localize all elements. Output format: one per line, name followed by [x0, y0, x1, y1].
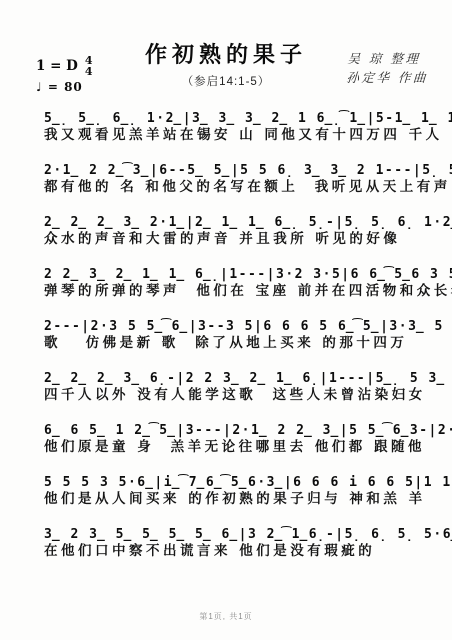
- lyrics-line: 四千人以外 没有人能学这歌 这些人未曾沾染妇女: [44, 387, 424, 404]
- tempo-marking: ♩ = 80: [36, 80, 92, 94]
- score-system: 5̲̣ 5̲̣ 6̲̣ 1·2̲|3̲ 3̲ 3̲ 2̲ 1 6̲̣͡1̲|5-…: [44, 110, 424, 144]
- key-signature-label: 1 = D: [36, 58, 78, 74]
- time-signature-denominator: 4: [85, 66, 93, 77]
- lyrics-line: 他们是从人间买来 的作初熟的果子归与 神和羔 羊: [44, 491, 424, 508]
- notation-line: 2 2̲ 3̲ 2̲ 1̲ 1̲ 6̲̣|1---|3·2 3·5|6 6̲͡5…: [44, 266, 424, 283]
- score-system: 2 2̲ 3̲ 2̲ 1̲ 1̲ 6̲̣|1---|3·2 3·5|6 6̲͡5…: [44, 266, 424, 300]
- lyrics-line: 众水的声音和大雷的声音 并且我所 听见的好像: [44, 231, 424, 248]
- notation-line: 5 5 5 3 5·6̲|i̲͡7̲6̲͡5̲6·3̲|6 6 6 i 6 6 …: [44, 474, 424, 491]
- key-signature: 1 = D 4 4: [36, 55, 92, 77]
- lyrics-line: 他们原是童 身 羔羊无论往哪里去 他们都 跟随他: [44, 439, 424, 456]
- notation-line: 2̲ 2̲ 2̲ 3̲ 6̣-|2 2 3̲ 2̲ 1̲ 6̣|1---|5̲̣…: [44, 370, 424, 387]
- lyrics-line: 我又观看见羔羊站在锡安 山 同他又有十四万四 千人: [44, 127, 424, 144]
- score-system: 6̲ 6 5̲ 1 2̲͡5̲|3---|2·1̲ 2 2̲ 3̲|5 5̲͡6…: [44, 422, 424, 456]
- notation-line: 2·1̲ 2 2̲͡3̲|6--5̲ 5̲|5 5 6̣ 3̲ 3̲ 2 1--…: [44, 162, 424, 179]
- lyrics-line: 弹琴的所弹的琴声 他们在 宝座 前并在四活物和众长老前唱: [44, 283, 424, 300]
- lyrics-line: 都有他的 名 和他父的名写在额上 我听见从天上有声 音像: [44, 179, 424, 196]
- lyrics-line: 在他们口中察不出谎言来 他们是没有瑕疵的: [44, 543, 424, 560]
- score-system: 2·1̲ 2 2̲͡3̲|6--5̲ 5̲|5 5 6̣ 3̲ 3̲ 2 1--…: [44, 162, 424, 196]
- lyrics-line: 歌 仿佛是新 歌 除了从地上买来 的那十四万: [44, 335, 424, 352]
- score-area: 5̲̣ 5̲̣ 6̲̣ 1·2̲|3̲ 3̲ 3̲ 2̲ 1 6̲̣͡1̲|5-…: [44, 110, 424, 560]
- score-system: 2̲ 2̲ 2̲ 3̲ 2·1̲|2̲ 1̲ 1̲ 6̲̣ 5̣-|5̣ 5̣ …: [44, 214, 424, 248]
- credit-composer: 孙定华 作曲: [346, 69, 428, 88]
- notation-line: 3̲ 2 3̲ 5̲ 5̲ 5̲ 5̲ 6̲|3 2̲͡1̲6̣-|5̣ 6̣ …: [44, 526, 424, 543]
- score-system: 5 5 5 3 5·6̲|i̲͡7̲6̲͡5̲6·3̲|6 6 6 i 6 6 …: [44, 474, 424, 508]
- score-system: 3̲ 2 3̲ 5̲ 5̲ 5̲ 5̲ 6̲|3 2̲͡1̲6̣-|5̣ 6̣ …: [44, 526, 424, 560]
- notation-line: 2̲ 2̲ 2̲ 3̲ 2·1̲|2̲ 1̲ 1̲ 6̲̣ 5̣-|5̣ 5̣ …: [44, 214, 424, 231]
- score-system: 2---|2·3 5 5̲͡6̲|3--3 5|6 6 6 5 6̲͡5̲|3·…: [44, 318, 424, 352]
- credit-arranger: 吴 琼 整理: [347, 50, 429, 69]
- notation-line: 6̲ 6 5̲ 1 2̲͡5̲|3---|2·1̲ 2 2̲ 3̲|5 5̲͡6…: [44, 422, 424, 439]
- key-time-block: 1 = D 4 4 ♩ = 80: [36, 55, 92, 94]
- score-system: 2̲ 2̲ 2̲ 3̲ 6̣-|2 2 3̲ 2̲ 1̲ 6̣|1---|5̲̣…: [44, 370, 424, 404]
- notation-line: 5̲̣ 5̲̣ 6̲̣ 1·2̲|3̲ 3̲ 3̲ 2̲ 1 6̲̣͡1̲|5-…: [44, 110, 424, 127]
- notation-line: 2---|2·3 5 5̲͡6̲|3--3 5|6 6 6 5 6̲͡5̲|3·…: [44, 318, 424, 335]
- sheet-music-page: 作初熟的果子 （参启14:1-5） 1 = D 4 4 ♩ = 80 吴 琼 整…: [0, 0, 452, 640]
- page-footer: 第1页, 共1页: [0, 611, 452, 622]
- credits-block: 吴 琼 整理 孙定华 作曲: [346, 50, 429, 88]
- time-signature: 4 4: [85, 55, 93, 77]
